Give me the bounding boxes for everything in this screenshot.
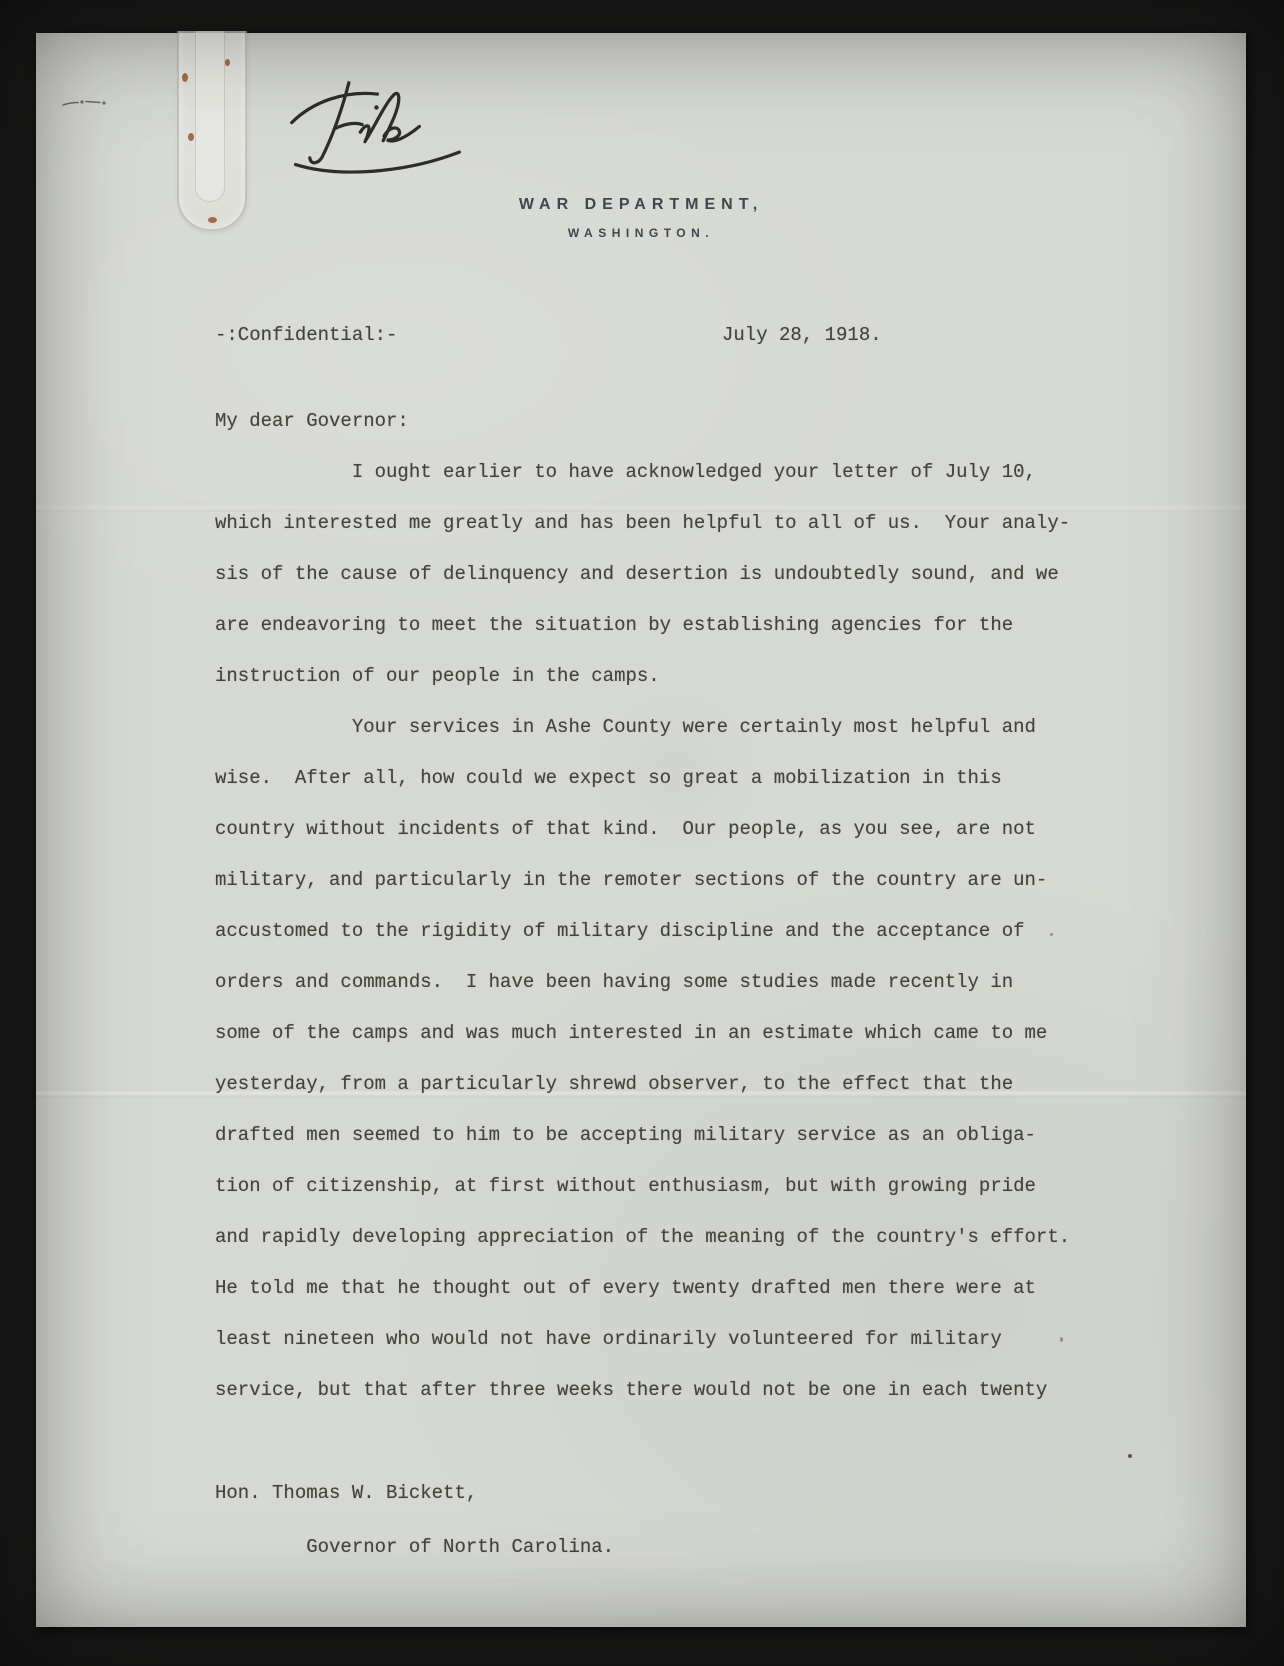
confidential-label: -:Confidential:- bbox=[215, 324, 397, 346]
letterhead-city: WASHINGTON. bbox=[36, 226, 1246, 240]
rust-spot bbox=[182, 73, 188, 82]
date-line: July 28, 1918. bbox=[722, 324, 882, 346]
letterhead: WAR DEPARTMENT, WASHINGTON. bbox=[36, 196, 1246, 240]
handwritten-file-note bbox=[286, 73, 486, 178]
addressee-block: Hon. Thomas W. Bickett, Governor of Nort… bbox=[215, 1466, 614, 1574]
letter-page: WAR DEPARTMENT, WASHINGTON. -:Confidenti… bbox=[36, 33, 1246, 1627]
rust-spot bbox=[225, 59, 230, 66]
pencil-mark bbox=[61, 93, 121, 111]
letter-body: My dear Governor: I ought earlier to hav… bbox=[215, 396, 1070, 1416]
scan-speck bbox=[1128, 1454, 1132, 1458]
rust-spot bbox=[188, 133, 194, 141]
letterhead-department: WAR DEPARTMENT, bbox=[36, 196, 1246, 214]
paperclip-inner-prong bbox=[195, 31, 225, 202]
scan-background: WAR DEPARTMENT, WASHINGTON. -:Confidenti… bbox=[0, 0, 1284, 1666]
